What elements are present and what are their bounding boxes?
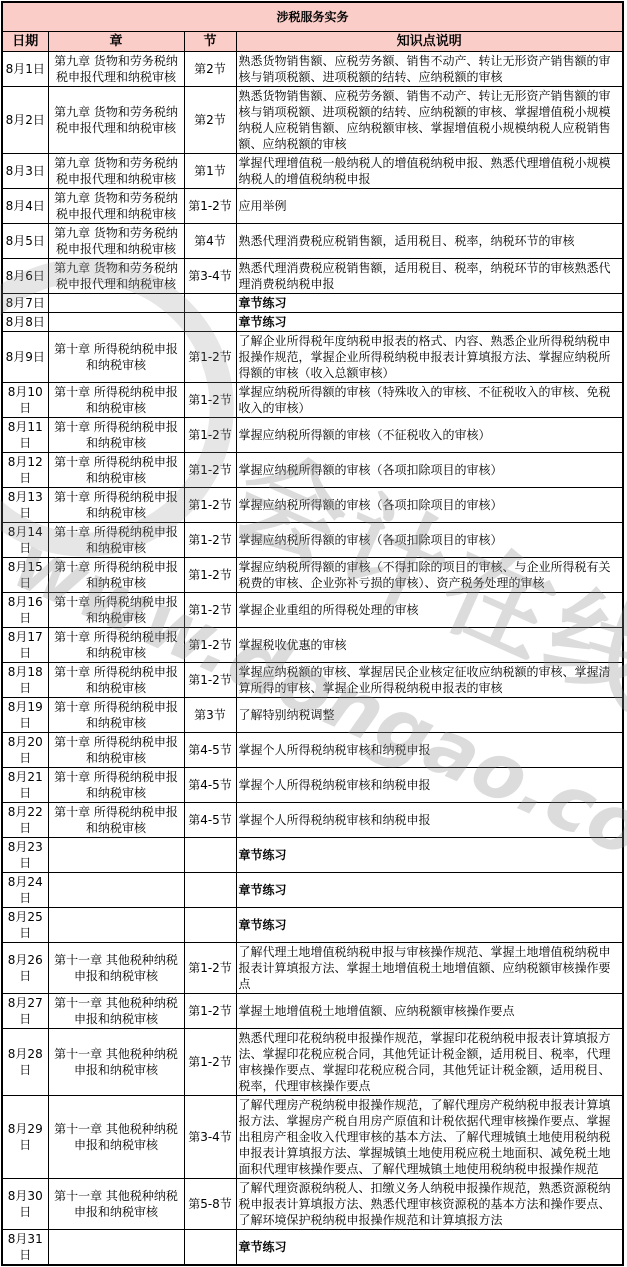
table-row: 8月17日第十章 所得税纳税申报和纳税审核第1-2节掌握税收优惠的审核 — [2, 628, 623, 663]
table-row: 8月1日第九章 货物和劳务税纳税申报代理和纳税审核第2节熟悉货物销售额、应税劳务… — [2, 52, 623, 87]
table-row: 8月22日第十章 所得税纳税申报和纳税审核第4-5节掌握个人所得税纳税审核和纳税… — [2, 803, 623, 838]
cell-chapter — [48, 838, 184, 873]
cell-desc: 掌握个人所得税纳税审核和纳税申报 — [236, 768, 623, 803]
cell-date: 8月23日 — [2, 838, 48, 873]
table-row: 8月26日第十一章 其他税种纳税申报和纳税审核第1-2节了解代理土地增值税纳税申… — [2, 943, 623, 994]
table-row: 8月9日第十章 所得税纳税申报和纳税审核第1-2节了解企业所得税年度纳税申报表的… — [2, 332, 623, 383]
table-row: 8月13日第十章 所得税纳税申报和纳税审核第1-2节掌握应纳税所得额的审核（各项… — [2, 488, 623, 523]
cell-chapter: 第九章 货物和劳务税纳税申报代理和纳税审核 — [48, 154, 184, 189]
cell-chapter — [48, 294, 184, 313]
cell-desc: 熟悉代理消费税应税销售额，适用税目、税率，纳税环节的审核 — [236, 224, 623, 259]
column-header-date: 日期 — [2, 32, 48, 52]
table-row: 8月14日第十章 所得税纳税申报和纳税审核第1-2节掌握应纳税所得额的审核（各项… — [2, 523, 623, 558]
cell-date: 8月28日 — [2, 1029, 48, 1096]
cell-chapter: 第十章 所得税纳税申报和纳税审核 — [48, 418, 184, 453]
cell-date: 8月1日 — [2, 52, 48, 87]
cell-chapter: 第九章 货物和劳务税纳税申报代理和纳税审核 — [48, 87, 184, 154]
cell-date: 8月16日 — [2, 593, 48, 628]
cell-section: 第1-2节 — [184, 994, 236, 1029]
cell-date: 8月15日 — [2, 558, 48, 593]
cell-date: 8月30日 — [2, 1179, 48, 1230]
cell-date: 8月6日 — [2, 259, 48, 294]
cell-chapter: 第十一章 其他税种纳税申报和纳税审核 — [48, 1096, 184, 1179]
cell-desc: 掌握应纳税所得额的审核（不征税收入的审核） — [236, 418, 623, 453]
cell-section: 第1-2节 — [184, 943, 236, 994]
cell-desc: 应用举例 — [236, 189, 623, 224]
cell-date: 8月19日 — [2, 698, 48, 733]
cell-date: 8月3日 — [2, 154, 48, 189]
cell-date: 8月14日 — [2, 523, 48, 558]
cell-section: 第1-2节 — [184, 663, 236, 698]
cell-section — [184, 908, 236, 943]
cell-chapter: 第十章 所得税纳税申报和纳税审核 — [48, 663, 184, 698]
cell-section: 第1-2节 — [184, 332, 236, 383]
cell-date: 8月24日 — [2, 873, 48, 908]
cell-date: 8月11日 — [2, 418, 48, 453]
cell-date: 8月7日 — [2, 294, 48, 313]
table-row: 8月12日第十章 所得税纳税申报和纳税审核第1-2节掌握应纳税所得额的审核（各项… — [2, 453, 623, 488]
cell-desc: 熟悉货物销售额、应税劳务额、销售不动产、转让无形资产销售额的审核与销项税额、进项… — [236, 52, 623, 87]
cell-chapter: 第九章 货物和劳务税纳税申报代理和纳税审核 — [48, 259, 184, 294]
cell-desc: 掌握税收优惠的审核 — [236, 628, 623, 663]
cell-date: 8月27日 — [2, 994, 48, 1029]
cell-chapter: 第九章 货物和劳务税纳税申报代理和纳税审核 — [48, 224, 184, 259]
cell-section: 第4-5节 — [184, 768, 236, 803]
table-row: 8月8日章节练习 — [2, 313, 623, 332]
table-row: 8月25日章节练习 — [2, 908, 623, 943]
table-row: 8月2日第九章 货物和劳务税纳税申报代理和纳税审核第2节熟悉货物销售额、应税劳务… — [2, 87, 623, 154]
table-row: 8月19日第十章 所得税纳税申报和纳税审核第3节了解特别纳税调整 — [2, 698, 623, 733]
cell-desc: 章节练习 — [236, 908, 623, 943]
table-row: 8月3日第九章 货物和劳务税纳税申报代理和纳税审核第1节掌握代理增值税一般纳税人… — [2, 154, 623, 189]
cell-desc: 掌握应纳税所得额的审核（各项扣除项目的审核） — [236, 488, 623, 523]
cell-section: 第1-2节 — [184, 488, 236, 523]
cell-section — [184, 294, 236, 313]
table-row: 8月24日章节练习 — [2, 873, 623, 908]
cell-section — [184, 313, 236, 332]
table-row: 8月28日第十一章 其他税种纳税申报和纳税审核第1-2节熟悉代理印花税纳税申报操… — [2, 1029, 623, 1096]
cell-chapter: 第九章 货物和劳务税纳税申报代理和纳税审核 — [48, 52, 184, 87]
cell-date: 8月21日 — [2, 768, 48, 803]
table-row: 8月21日第十章 所得税纳税申报和纳税审核第4-5节掌握个人所得税纳税审核和纳税… — [2, 768, 623, 803]
cell-chapter: 第十章 所得税纳税申报和纳税审核 — [48, 803, 184, 838]
cell-desc: 了解代理房产税纳税申报操作规范，了解代理房产税纳税申报表计算填报方法、掌握房产税… — [236, 1096, 623, 1179]
title-row: 涉税服务实务 — [2, 2, 623, 32]
cell-date: 8月9日 — [2, 332, 48, 383]
cell-chapter — [48, 1230, 184, 1266]
cell-desc: 章节练习 — [236, 873, 623, 908]
table-row: 8月16日第十章 所得税纳税申报和纳税审核第1-2节掌握企业重组的所得税处理的审… — [2, 593, 623, 628]
cell-date: 8月18日 — [2, 663, 48, 698]
cell-chapter: 第十章 所得税纳税申报和纳税审核 — [48, 488, 184, 523]
cell-chapter: 第十章 所得税纳税申报和纳税审核 — [48, 523, 184, 558]
column-header-chapter: 章 — [48, 32, 184, 52]
cell-date: 8月26日 — [2, 943, 48, 994]
cell-desc: 了解代理土地增值税纳税申报与审核操作规范、掌握土地增值税纳税申报表计算填报方法、… — [236, 943, 623, 994]
cell-section: 第1-2节 — [184, 453, 236, 488]
cell-chapter: 第十章 所得税纳税申报和纳税审核 — [48, 733, 184, 768]
table-row: 8月4日第九章 货物和劳务税纳税申报代理和纳税审核第1-2节应用举例 — [2, 189, 623, 224]
cell-desc: 掌握土地增值税土地增值额、应纳税额审核操作要点 — [236, 994, 623, 1029]
cell-section: 第4-5节 — [184, 803, 236, 838]
table-row: 8月20日第十章 所得税纳税申报和纳税审核第4-5节掌握个人所得税纳税审核和纳税… — [2, 733, 623, 768]
cell-desc: 掌握应纳税所得额的审核（特殊收入的审核、不征税收入的审核、免税收入的审核） — [236, 383, 623, 418]
cell-chapter: 第十一章 其他税种纳税申报和纳税审核 — [48, 1029, 184, 1096]
cell-chapter — [48, 908, 184, 943]
cell-chapter: 第十章 所得税纳税申报和纳税审核 — [48, 628, 184, 663]
cell-section — [184, 838, 236, 873]
table-row: 8月5日第九章 货物和劳务税纳税申报代理和纳税审核第4节熟悉代理消费税应税销售额… — [2, 224, 623, 259]
cell-date: 8月29日 — [2, 1096, 48, 1179]
cell-section: 第1-2节 — [184, 383, 236, 418]
table-row: 8月15日第十章 所得税纳税申报和纳税审核第1-2节掌握应纳税所得额的审核（不得… — [2, 558, 623, 593]
cell-chapter: 第十章 所得税纳税申报和纳税审核 — [48, 768, 184, 803]
cell-chapter: 第十章 所得税纳税申报和纳税审核 — [48, 593, 184, 628]
cell-desc: 章节练习 — [236, 294, 623, 313]
cell-section: 第1-2节 — [184, 523, 236, 558]
cell-desc: 掌握应纳税所得额的审核（不得扣除的项目的审核、与企业所得税有关税费的审核、企业弥… — [236, 558, 623, 593]
cell-date: 8月13日 — [2, 488, 48, 523]
cell-desc: 了解特别纳税调整 — [236, 698, 623, 733]
table-row: 8月7日章节练习 — [2, 294, 623, 313]
cell-date: 8月22日 — [2, 803, 48, 838]
table-row: 8月6日第九章 货物和劳务税纳税申报代理和纳税审核第3-4节熟悉代理消费税应税销… — [2, 259, 623, 294]
cell-desc: 掌握应纳税所得额的审核（各项扣除项目的审核） — [236, 523, 623, 558]
cell-date: 8月5日 — [2, 224, 48, 259]
cell-section: 第1-2节 — [184, 189, 236, 224]
cell-date: 8月17日 — [2, 628, 48, 663]
cell-section: 第3-4节 — [184, 1096, 236, 1179]
schedule-body: 8月1日第九章 货物和劳务税纳税申报代理和纳税审核第2节熟悉货物销售额、应税劳务… — [2, 52, 623, 1266]
column-header-row: 日期 章 节 知识点说明 — [2, 32, 623, 52]
cell-desc: 熟悉货物销售额、应税劳务额、销售不动产、转让无形资产销售额的审核与销项税额、进项… — [236, 87, 623, 154]
cell-date: 8月25日 — [2, 908, 48, 943]
cell-desc: 章节练习 — [236, 838, 623, 873]
table-row: 8月10日第十章 所得税纳税申报和纳税审核第1-2节掌握应纳税所得额的审核（特殊… — [2, 383, 623, 418]
cell-section: 第1-2节 — [184, 558, 236, 593]
cell-chapter: 第十一章 其他税种纳税申报和纳税审核 — [48, 994, 184, 1029]
cell-section: 第4-5节 — [184, 733, 236, 768]
cell-chapter: 第十章 所得税纳税申报和纳税审核 — [48, 698, 184, 733]
cell-desc: 掌握企业重组的所得税处理的审核 — [236, 593, 623, 628]
cell-desc: 掌握个人所得税纳税审核和纳税申报 — [236, 733, 623, 768]
cell-date: 8月12日 — [2, 453, 48, 488]
page-title: 涉税服务实务 — [2, 2, 623, 32]
table-row: 8月29日第十一章 其他税种纳税申报和纳税审核第3-4节了解代理房产税纳税申报操… — [2, 1096, 623, 1179]
schedule-page: 涉税服务实务 日期 章 节 知识点说明 8月1日第九章 货物和劳务税纳税申报代理… — [0, 0, 627, 1267]
column-header-section: 节 — [184, 32, 236, 52]
cell-section: 第3节 — [184, 698, 236, 733]
cell-date: 8月8日 — [2, 313, 48, 332]
cell-desc: 章节练习 — [236, 1230, 623, 1266]
table-row: 8月18日第十章 所得税纳税申报和纳税审核第1-2节掌握应纳税额的审核、掌握居民… — [2, 663, 623, 698]
cell-desc: 熟悉代理印花税纳税申报操作规范，掌握印花税纳税申报表计算填报方法、掌握印花税应税… — [236, 1029, 623, 1096]
table-row: 8月31日章节练习 — [2, 1230, 623, 1266]
cell-section: 第3-4节 — [184, 259, 236, 294]
cell-section: 第1-2节 — [184, 593, 236, 628]
cell-chapter: 第十章 所得税纳税申报和纳税审核 — [48, 332, 184, 383]
cell-desc: 掌握应纳税额的审核、掌握居民企业核定征收应纳税额的审核、掌握清算所得的审核、掌握… — [236, 663, 623, 698]
cell-date: 8月20日 — [2, 733, 48, 768]
cell-desc: 了解企业所得税年度纳税申报表的格式、内容、熟悉企业所得税纳税申报操作规范，掌握企… — [236, 332, 623, 383]
cell-section — [184, 873, 236, 908]
cell-desc: 掌握代理增值税一般纳税人的增值税纳税申报、熟悉代理增值税小规模纳税人的增值税纳税… — [236, 154, 623, 189]
cell-section: 第5-8节 — [184, 1179, 236, 1230]
cell-section: 第1-2节 — [184, 1029, 236, 1096]
cell-chapter: 第十章 所得税纳税申报和纳税审核 — [48, 558, 184, 593]
table-row: 8月30日第十一章 其他税种纳税申报和纳税审核第5-8节了解代理资源税纳税人、扣… — [2, 1179, 623, 1230]
cell-desc: 掌握应纳税所得额的审核（各项扣除项目的审核） — [236, 453, 623, 488]
cell-chapter — [48, 313, 184, 332]
cell-section: 第2节 — [184, 87, 236, 154]
table-row: 8月23日章节练习 — [2, 838, 623, 873]
cell-desc: 了解代理资源税纳税人、扣缴义务人纳税申报操作规范，熟悉资源税纳税申报表计算填报方… — [236, 1179, 623, 1230]
cell-date: 8月2日 — [2, 87, 48, 154]
cell-section: 第1-2节 — [184, 628, 236, 663]
cell-section: 第1-2节 — [184, 418, 236, 453]
cell-section: 第1节 — [184, 154, 236, 189]
cell-date: 8月4日 — [2, 189, 48, 224]
cell-section: 第2节 — [184, 52, 236, 87]
table-row: 8月27日第十一章 其他税种纳税申报和纳税审核第1-2节掌握土地增值税土地增值额… — [2, 994, 623, 1029]
cell-section: 第4节 — [184, 224, 236, 259]
cell-desc: 掌握个人所得税纳税审核和纳税申报 — [236, 803, 623, 838]
cell-chapter: 第十章 所得税纳税申报和纳税审核 — [48, 453, 184, 488]
table-row: 8月11日第十章 所得税纳税申报和纳税审核第1-2节掌握应纳税所得额的审核（不征… — [2, 418, 623, 453]
cell-desc: 熟悉代理消费税应税销售额，适用税目、税率，纳税环节的审核熟悉代理消费税纳税申报 — [236, 259, 623, 294]
cell-date: 8月31日 — [2, 1230, 48, 1266]
column-header-knowledge: 知识点说明 — [236, 32, 623, 52]
cell-chapter: 第十章 所得税纳税申报和纳税审核 — [48, 383, 184, 418]
cell-section — [184, 1230, 236, 1266]
cell-chapter: 第十一章 其他税种纳税申报和纳税审核 — [48, 1179, 184, 1230]
cell-chapter — [48, 873, 184, 908]
cell-chapter: 第九章 货物和劳务税纳税申报代理和纳税审核 — [48, 189, 184, 224]
cell-desc: 章节练习 — [236, 313, 623, 332]
cell-date: 8月10日 — [2, 383, 48, 418]
study-schedule-table: 涉税服务实务 日期 章 节 知识点说明 8月1日第九章 货物和劳务税纳税申报代理… — [1, 1, 624, 1266]
cell-chapter: 第十一章 其他税种纳税申报和纳税审核 — [48, 943, 184, 994]
